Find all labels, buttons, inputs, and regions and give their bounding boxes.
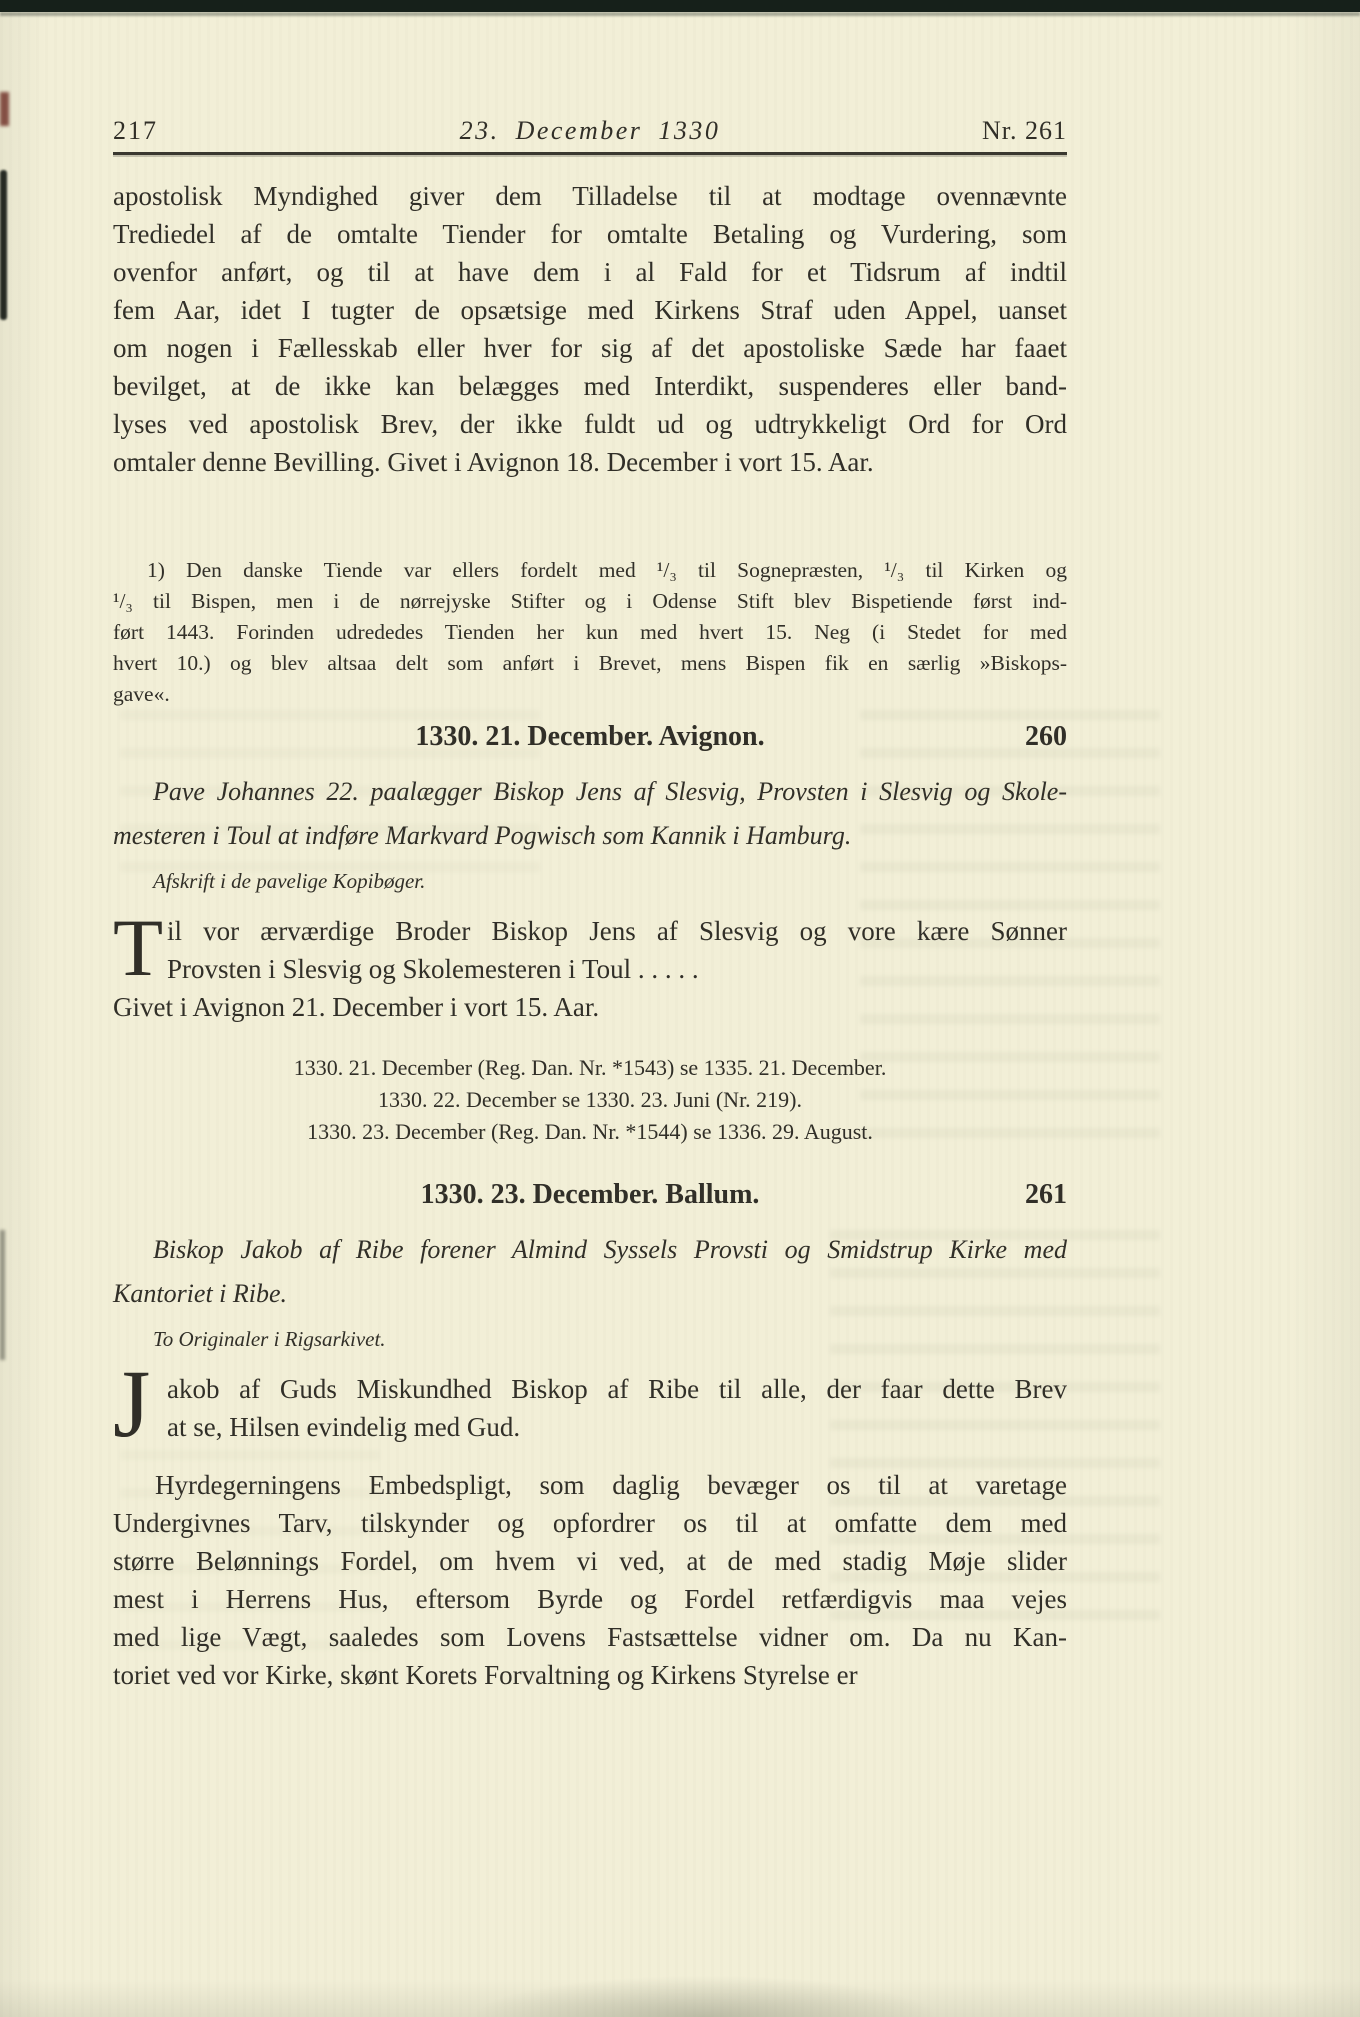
scanned-book-page: { "paper": { "background": "#f2efd7", "i… <box>0 0 1360 2017</box>
footnote-line: gave«. <box>113 679 1067 710</box>
body-line: at se, Hilsen evindelig med Gud. <box>113 1408 1067 1446</box>
paragraph-line: større Belønnings Fordel, om hvem vi ved… <box>113 1542 1067 1580</box>
entry-number: 260 <box>1025 720 1067 754</box>
entry-261-summary: Biskop Jakob af Ribe forener Almind Syss… <box>113 1228 1067 1316</box>
paragraph-line: Undergivnes Tarv, tilskynder og opfordre… <box>113 1504 1067 1542</box>
page-header: 217 23. December 1330 Nr. 261 <box>113 110 1067 146</box>
reference-line: 1330. 23. December (Reg. Dan. Nr. *1544)… <box>113 1116 1067 1148</box>
entry-261-heading: 1330. 23. December. Ballum. 261 <box>113 1178 1067 1212</box>
footnote-line: 1) Den danske Tiende var ellers fordelt … <box>113 555 1067 586</box>
dropcap-J: J <box>113 1370 167 1446</box>
body-line: Provsten i Slesvig og Skolemesteren i To… <box>113 950 1067 988</box>
reference-line: 1330. 22. December se 1330. 23. Juni (Nr… <box>113 1084 1067 1116</box>
paragraph-line: med lige Vægt, saaledes som Lovens Fasts… <box>113 1618 1067 1656</box>
entry-260-source-note: Afskrift i de pavelige Kopibøger. <box>113 866 1067 896</box>
paragraph-line: Hyrdegerningens Embedspligt, som daglig … <box>113 1466 1067 1504</box>
entry-261-source-note: To Originaler i Rigsarkivet. <box>113 1324 1067 1354</box>
footnote: 1) Den danske Tiende var ellers fordelt … <box>113 555 1067 710</box>
paragraph-line: bevilget, at de ikke kan belægges med In… <box>113 367 1067 405</box>
cross-references: 1330. 21. December (Reg. Dan. Nr. *1543)… <box>113 1052 1067 1148</box>
entry-260-summary: Pave Johannes 22. paalægger Biskop Jens … <box>113 770 1067 858</box>
dropcap-T: T <box>113 912 167 988</box>
entry-number-label: Nr. 261 <box>982 116 1067 146</box>
scan-artifact-left-edge-lower <box>0 1230 5 1360</box>
entry-261-second-paragraph: Hyrdegerningens Embedspligt, som daglig … <box>113 1466 1067 1694</box>
paragraph-line: ovenfor anført, og til at have dem i al … <box>113 253 1067 291</box>
scan-artifact-red-mark <box>0 92 9 126</box>
entry-number: 261 <box>1025 1178 1067 1212</box>
reference-line: 1330. 21. December (Reg. Dan. Nr. *1543)… <box>113 1052 1067 1084</box>
summary-line: mesteren i Toul at indføre Markvard Pogw… <box>113 814 1067 858</box>
scan-artifact-left-edge <box>0 170 7 320</box>
paragraph-line: Trediedel af de omtalte Tiender for omta… <box>113 215 1067 253</box>
body-line: il vor ærværdige Broder Biskop Jens af S… <box>113 912 1067 950</box>
entry-260-body: T il vor ærværdige Broder Biskop Jens af… <box>113 912 1067 1026</box>
summary-line: Pave Johannes 22. paalægger Biskop Jens … <box>113 770 1067 814</box>
continuation-paragraph: apostolisk Myndighed giver dem Tilladels… <box>113 177 1067 481</box>
entry-heading-text: 1330. 23. December. Ballum. <box>421 1179 760 1210</box>
paragraph-line: om nogen i Fællesskab eller hver for sig… <box>113 329 1067 367</box>
scan-artifact-bottom-smudge <box>470 1975 940 2017</box>
paragraph-line: mest i Herrens Hus, eftersom Byrde og Fo… <box>113 1580 1067 1618</box>
footnote-line: ¹/₃ til Bispen, men i de nørrejyske Stif… <box>113 586 1067 617</box>
entry-260-heading: 1330. 21. December. Avignon. 260 <box>113 720 1067 754</box>
text-column: 217 23. December 1330 Nr. 261 apostolisk… <box>113 0 1067 1694</box>
footnote-line: ført 1443. Forinden udrededes Tienden he… <box>113 617 1067 648</box>
entry-261-body: J akob af Guds Miskundhed Biskop af Ribe… <box>113 1370 1067 1446</box>
paragraph-line: fem Aar, idet I tugter de opsætsige med … <box>113 291 1067 329</box>
header-rule <box>113 152 1067 155</box>
paragraph-line: lyses ved apostolisk Brev, der ikke fuld… <box>113 405 1067 443</box>
summary-line: Biskop Jakob af Ribe forener Almind Syss… <box>113 1228 1067 1272</box>
running-title: 23. December 1330 <box>113 116 1067 146</box>
body-line: akob af Guds Miskundhed Biskop af Ribe t… <box>113 1370 1067 1408</box>
paragraph-line: apostolisk Myndighed giver dem Tilladels… <box>113 177 1067 215</box>
dateline: Givet i Avignon 21. December i vort 15. … <box>113 988 1067 1026</box>
paragraph-line: omtaler denne Bevilling. Givet i Avignon… <box>113 443 1067 481</box>
summary-line: Kantoriet i Ribe. <box>113 1272 1067 1316</box>
entry-heading-text: 1330. 21. December. Avignon. <box>415 721 764 752</box>
paragraph-line: toriet ved vor Kirke, skønt Korets Forva… <box>113 1656 1067 1694</box>
footnote-line: hvert 10.) og blev altsaa delt som anfør… <box>113 648 1067 679</box>
